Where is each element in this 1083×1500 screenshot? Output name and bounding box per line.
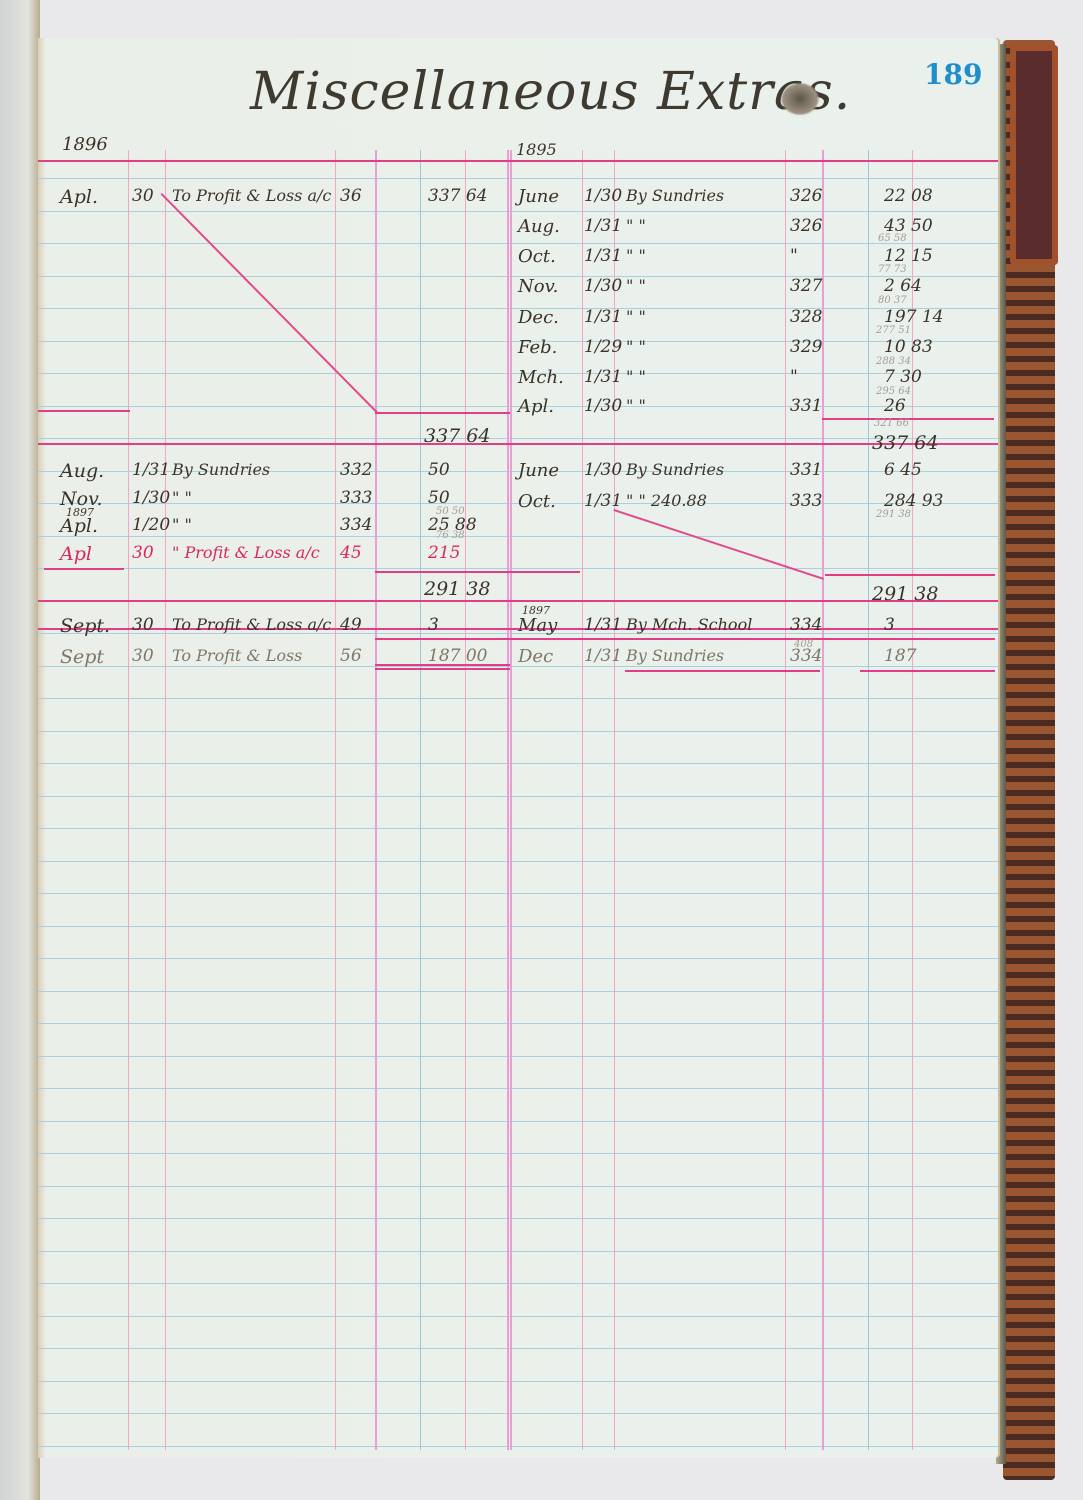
entry-amount: 3: [428, 617, 439, 634]
entry-folio: 326: [790, 188, 822, 205]
row-total: 291 38: [424, 580, 490, 599]
entry-day: 30: [132, 648, 154, 665]
entry-particulars: By Sundries: [626, 188, 724, 204]
row-total: 291 38: [872, 585, 938, 604]
entry-amount: 284 93: [884, 493, 943, 510]
ruled-line: [38, 991, 998, 992]
entry-month: Apl.: [60, 188, 98, 207]
row-total: 337 64: [872, 434, 938, 453]
entry-particulars: By Sundries: [626, 462, 724, 478]
entry-month: June: [518, 188, 559, 206]
row-total: 337 64: [424, 427, 490, 446]
ruled-line: [38, 1446, 998, 1447]
entry-day: 30: [132, 617, 154, 634]
entry-month: Nov.: [518, 278, 558, 296]
page-number: 189: [924, 58, 982, 91]
pencil-subtotal: 50 50: [436, 507, 465, 517]
entry-particulars: " " 240.88: [626, 493, 707, 509]
entry-amount: 26: [884, 398, 906, 415]
column-rule: [128, 150, 129, 1450]
ruled-line: [38, 926, 998, 927]
entry-particulars: By Mch. School: [626, 617, 752, 633]
column-rule: [165, 150, 166, 1450]
pencil-subtotal: 76 38: [436, 531, 465, 541]
entry-folio: 331: [790, 398, 822, 415]
ruled-line: [38, 796, 998, 797]
entry-folio: ": [790, 369, 798, 386]
pencil-subtotal: 65 58: [878, 234, 907, 244]
column-rule: [420, 150, 421, 1450]
entry-month: Aug.: [518, 218, 560, 236]
pencil-subtotal: 321 66: [874, 419, 909, 429]
column-rule: [465, 150, 466, 1450]
entry-particulars: To Profit & Loss a/c: [172, 617, 331, 633]
entry-day: 30: [132, 545, 154, 562]
entry-folio: 331: [790, 462, 822, 479]
entry-day: 1/31: [584, 493, 622, 510]
total-rule: [38, 443, 998, 445]
ruled-line: [38, 1251, 998, 1252]
pencil-subtotal: 408: [794, 640, 813, 650]
entry-folio: 327: [790, 278, 822, 295]
entry-folio: 56: [340, 648, 362, 665]
entry-day: 1/30: [584, 462, 622, 479]
entry-amount: 7 30: [884, 369, 922, 386]
entry-month: Oct.: [518, 248, 556, 266]
column-rule: [582, 150, 583, 1450]
entry-month: May: [518, 617, 557, 635]
entry-particulars: " Profit & Loss a/c: [172, 545, 320, 561]
header-rule: [38, 160, 998, 162]
ruled-line: [38, 828, 998, 829]
entry-folio: 45: [340, 545, 362, 562]
ruled-line: [38, 1153, 998, 1154]
ink-stain: [780, 82, 820, 116]
pencil-subtotal: 277 51: [876, 326, 911, 336]
ruled-line: [38, 1348, 998, 1349]
total-rule: [375, 638, 995, 640]
ruled-line: [38, 1088, 998, 1089]
entry-month: Dec.: [518, 309, 559, 327]
spine-leather-patch: [1010, 45, 1058, 265]
pencil-subtotal: 291 38: [876, 510, 911, 520]
ruled-line: [38, 958, 998, 959]
entry-particulars: " ": [172, 517, 192, 533]
ruled-line: [38, 861, 998, 862]
entry-amount: 50: [428, 490, 450, 507]
entry-month: Apl.: [60, 517, 98, 536]
entry-month: Apl: [60, 545, 92, 564]
column-rule: [868, 150, 869, 1450]
total-rule: [44, 568, 124, 570]
entry-particulars: To Profit & Loss a/c: [172, 188, 331, 204]
entry-day: 1/31: [584, 648, 622, 665]
ruled-line: [38, 1316, 998, 1317]
ruled-line: [38, 438, 998, 439]
entry-particulars: " ": [626, 339, 646, 355]
entry-day: 1/30: [584, 188, 622, 205]
entry-particulars: " ": [626, 369, 646, 385]
ruled-line: [38, 731, 998, 732]
ruled-line: [38, 763, 998, 764]
column-rule: [510, 150, 512, 1450]
entry-particulars: " ": [626, 398, 646, 414]
ruled-line: [38, 1121, 998, 1122]
entry-particulars: " ": [626, 218, 646, 234]
ruled-line: [38, 1023, 998, 1024]
entry-folio: 326: [790, 218, 822, 235]
entry-amount: 3: [884, 617, 895, 634]
pencil-subtotal: 288 34: [876, 357, 911, 367]
entry-folio: ": [790, 248, 798, 265]
ruled-line: [38, 698, 998, 699]
ruled-line: [38, 1056, 998, 1057]
entry-month: Mch.: [518, 369, 564, 387]
ruled-line: [38, 1381, 998, 1382]
entry-month: Aug.: [60, 462, 104, 481]
entry-particulars: By Sundries: [626, 648, 724, 664]
entry-amount: 6 45: [884, 462, 922, 479]
entry-folio: 36: [340, 188, 362, 205]
total-rule: [860, 670, 995, 672]
ruled-line: [38, 243, 998, 244]
entry-folio: 328: [790, 309, 822, 326]
entry-day: 1/20: [132, 517, 170, 534]
entry-amount: 187 00: [428, 648, 487, 665]
entry-day: 1/31: [132, 462, 170, 479]
ruled-line: [38, 1413, 998, 1414]
entry-month: Sept: [60, 648, 104, 667]
ruled-line: [38, 1218, 998, 1219]
entry-amount: 187: [884, 648, 916, 665]
entry-month: Apl.: [518, 398, 554, 416]
entry-folio: 49: [340, 617, 362, 634]
ruled-line: [38, 1283, 998, 1284]
column-rule: [507, 150, 509, 1450]
entry-folio: 334: [790, 617, 822, 634]
entry-amount: 197 14: [884, 309, 943, 326]
entry-day: 1/31: [584, 369, 622, 386]
column-rule: [375, 150, 377, 1450]
pencil-subtotal: 295 64: [876, 387, 911, 397]
entry-month: Sept.: [60, 617, 110, 636]
entry-amount: 22 08: [884, 188, 933, 205]
entry-day: 1/29: [584, 339, 622, 356]
entry-day: 1/31: [584, 248, 622, 265]
ruled-line: [38, 893, 998, 894]
pencil-subtotal: 77 73: [878, 265, 907, 275]
total-rule: [38, 410, 130, 412]
total-rule: [375, 668, 510, 670]
ruled-line: [38, 536, 998, 537]
pencil-subtotal: 80 37: [878, 296, 907, 306]
ruled-line: [38, 211, 998, 212]
entry-month: Dec: [518, 648, 553, 666]
total-rule: [375, 412, 510, 414]
total-rule: [825, 574, 995, 576]
entry-particulars: " ": [626, 248, 646, 264]
entry-amount: 10 83: [884, 339, 933, 356]
total-rule: [375, 571, 580, 573]
entry-particulars: " ": [626, 309, 646, 325]
entry-month: Oct.: [518, 493, 556, 511]
entry-day: 1/30: [584, 398, 622, 415]
entry-day: 30: [132, 188, 154, 205]
entry-day: 1/30: [584, 278, 622, 295]
entry-particulars: " ": [172, 490, 192, 506]
entry-folio: 334: [340, 517, 372, 534]
entry-folio: 333: [340, 490, 372, 507]
entry-folio: 332: [340, 462, 372, 479]
entry-amount: 12 15: [884, 248, 933, 265]
entry-day: 1/31: [584, 309, 622, 326]
page-title: Miscellaneous Extras.: [250, 62, 851, 122]
entry-day: 1/30: [132, 490, 170, 507]
entry-day: 1/31: [584, 218, 622, 235]
entry-amount: 50: [428, 462, 450, 479]
entry-amount: 215: [428, 545, 460, 562]
entry-month: Feb.: [518, 339, 557, 357]
ruled-line: [38, 178, 998, 179]
credit-year: 1895: [516, 142, 557, 158]
entry-folio: 334: [790, 648, 822, 665]
entry-month: June: [518, 462, 559, 480]
adjacent-page-edge: [0, 0, 40, 1500]
entry-amount: 337 64: [428, 188, 487, 205]
entry-particulars: To Profit & Loss: [172, 648, 302, 664]
entry-folio: 329: [790, 339, 822, 356]
entry-amount: 2 64: [884, 278, 922, 295]
ruled-line: [38, 568, 998, 569]
entry-day: 1/31: [584, 617, 622, 634]
entry-particulars: " ": [626, 278, 646, 294]
debit-year: 1896: [62, 136, 108, 154]
total-rule: [38, 600, 998, 602]
column-rule: [335, 150, 336, 1450]
column-rule: [785, 150, 786, 1450]
total-rule: [625, 670, 820, 672]
entry-folio: 333: [790, 493, 822, 510]
entry-particulars: By Sundries: [172, 462, 270, 478]
ruled-line: [38, 1186, 998, 1187]
